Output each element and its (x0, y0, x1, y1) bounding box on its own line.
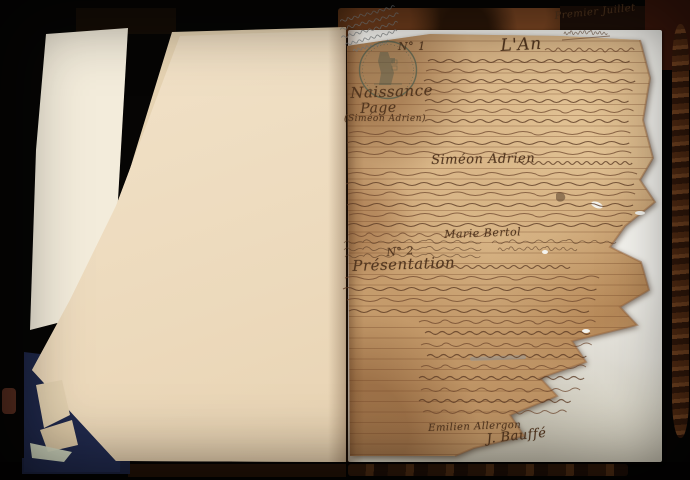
note-underline (562, 36, 610, 40)
handwritten-line (346, 183, 634, 186)
pencil-line (341, 21, 398, 39)
handwritten-line (348, 192, 635, 196)
paper-holes (542, 200, 645, 333)
handwritten-line (419, 400, 571, 403)
handwritten-line (419, 320, 596, 324)
handwritten-line (343, 288, 596, 291)
name-in-act-text: Siméon Adrien (431, 151, 535, 168)
handwritten-line (349, 213, 632, 217)
handwritten-line (425, 332, 590, 335)
handwritten-line (348, 172, 637, 176)
handwritten-line (421, 365, 586, 369)
handwritten-line (492, 239, 616, 243)
pencil-line (340, 5, 395, 23)
handwritten-line (498, 246, 577, 250)
handwritten-line (421, 343, 592, 347)
register-book-scan: Premier Juillet N° 1 L'An Naissance Page… (0, 0, 690, 480)
handwriting-layer (0, 0, 690, 480)
handwritten-line (545, 48, 634, 52)
act1-opening-word: L'An (500, 34, 542, 56)
handwritten-line (419, 377, 584, 380)
handwritten-line (423, 410, 567, 414)
handwritten-line (426, 69, 634, 73)
handwritten-line (349, 310, 589, 313)
handwritten-line (425, 109, 634, 113)
margin-label-naissance: Naissance (350, 81, 433, 102)
handwritten-line (424, 80, 635, 83)
handwritten-line (428, 60, 630, 63)
margin-label-presentation: Présentation (352, 253, 455, 275)
handwritten-line (421, 388, 580, 392)
handwritten-line (425, 89, 633, 93)
margin-name-note: (Siméon Adrien) (344, 114, 426, 124)
handwritten-line (349, 131, 630, 135)
act1-number: N° 1 (398, 40, 426, 53)
handwritten-line (427, 355, 586, 358)
handwritten-line (347, 204, 633, 207)
pencil-line (340, 12, 399, 31)
handwritten-line (564, 30, 607, 34)
mention-name: Marie Bertol (444, 225, 521, 241)
handwritten-line (425, 120, 629, 123)
handwritten-line (425, 100, 629, 103)
handwritten-line (345, 276, 599, 280)
handwritten-line (347, 298, 595, 302)
handwritten-line (347, 142, 629, 145)
